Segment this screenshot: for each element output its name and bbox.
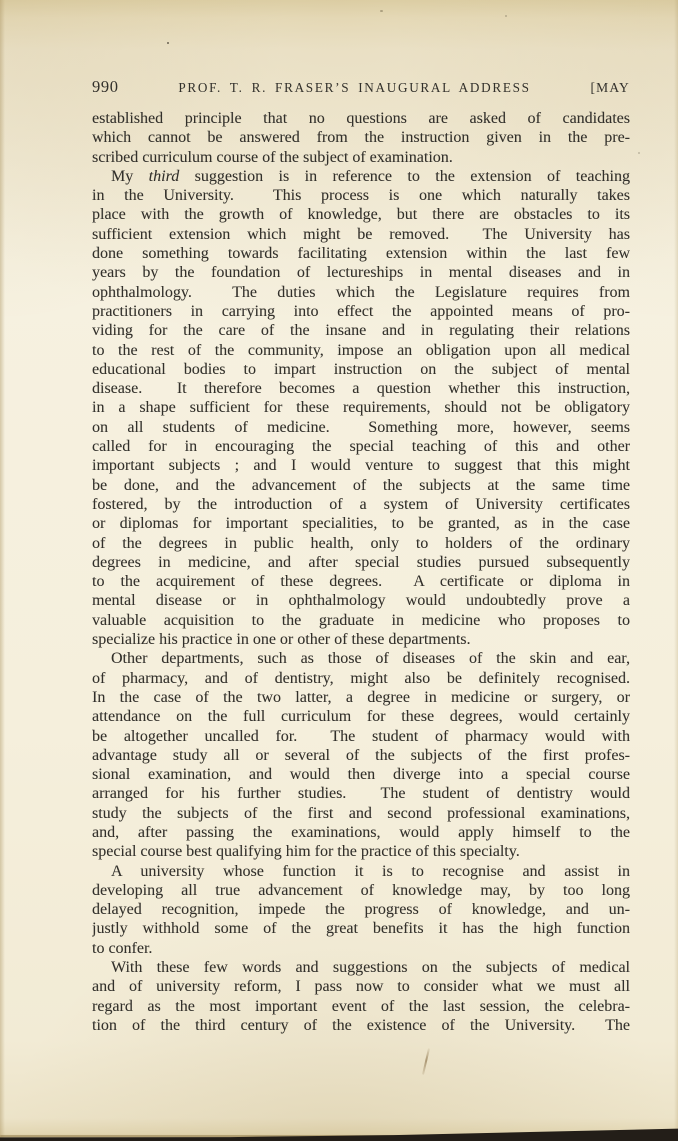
- text-line: specialize his practice in one or other …: [92, 630, 630, 649]
- text-line: done something towards facilitating exte…: [92, 244, 630, 263]
- paragraph: My third suggestion is in reference to t…: [92, 167, 630, 649]
- text-line: delayed recognition, impede the progress…: [92, 900, 630, 919]
- issue-marker: [MAY: [590, 80, 630, 96]
- text-line: advantage study all or several of the su…: [92, 746, 630, 765]
- text-line: valuable acquisition to the graduate in …: [92, 611, 630, 630]
- text-line: years by the foundation of lectureships …: [92, 263, 630, 282]
- text-line: and of university reform, I pass now to …: [92, 977, 630, 996]
- text-line: disease. It therefore becomes a question…: [92, 379, 630, 398]
- page-body: established principle that no questions …: [92, 109, 630, 1035]
- text-line: be done, and the advancement of the subj…: [92, 476, 630, 495]
- text-line: in the University. This process is one w…: [92, 186, 630, 205]
- scan-slash-artifact: [422, 1048, 430, 1075]
- text-line: A university whose function it is to rec…: [92, 862, 630, 881]
- scan-bottom-edge: [0, 1127, 678, 1141]
- paper-speck: [167, 42, 169, 44]
- text-line: sional examination, and would then diver…: [92, 765, 630, 784]
- page-number: 990: [92, 77, 119, 97]
- paper-speck: [380, 10, 383, 12]
- paragraph: established principle that no questions …: [92, 109, 630, 167]
- text-line: viding for the care of the insane and in…: [92, 321, 630, 340]
- text-line: and, after passing the examinations, wou…: [92, 823, 630, 842]
- scan-edge-shadow: [0, 1127, 678, 1141]
- text-line: scribed curriculum course of the subject…: [92, 148, 630, 167]
- text-line: of the degrees in public health, only to…: [92, 534, 630, 553]
- text-line: on all students of medicine. Something m…: [92, 418, 630, 437]
- text-line: sufficient extension which might be remo…: [92, 225, 630, 244]
- text-line: ophthalmology. The duties which the Legi…: [92, 283, 630, 302]
- text-line: or diplomas for important specialities, …: [92, 514, 630, 533]
- text-line: important subjects ; and I would venture…: [92, 456, 630, 475]
- text-line: place with the growth of knowledge, but …: [92, 205, 630, 224]
- text-line: which cannot be answered from the instru…: [92, 128, 630, 147]
- paper-speck: [505, 15, 507, 17]
- scanned-page: 990 PROF. T. R. FRASER’S INAUGURAL ADDRE…: [0, 0, 678, 1141]
- text-line: developing all true advancement of knowl…: [92, 881, 630, 900]
- text-line: My third suggestion is in reference to t…: [92, 167, 630, 186]
- text-line: special course best qualifying him for t…: [92, 842, 630, 861]
- text-line: in a shape sufficient for these requirem…: [92, 398, 630, 417]
- text-line: With these few words and suggestions on …: [92, 958, 630, 977]
- text-line: to the acquirement of these degrees. A c…: [92, 572, 630, 591]
- text-line: degrees in medicine, and after special s…: [92, 553, 630, 572]
- text-line: justly withhold some of the great benefi…: [92, 919, 630, 938]
- text-line: called for in encouraging the special te…: [92, 437, 630, 456]
- paper-speck: [638, 152, 640, 154]
- paper-speck: [120, 700, 122, 702]
- page-header: 990 PROF. T. R. FRASER’S INAUGURAL ADDRE…: [92, 77, 630, 97]
- text-line: study the subjects of the first and seco…: [92, 804, 630, 823]
- running-title: PROF. T. R. FRASER’S INAUGURAL ADDRESS: [119, 80, 591, 96]
- paragraph: A university whose function it is to rec…: [92, 862, 630, 958]
- text-line: established principle that no questions …: [92, 109, 630, 128]
- text-line: fostered, by the introduction of a syste…: [92, 495, 630, 514]
- text-line: to the rest of the community, impose an …: [92, 341, 630, 360]
- text-line: educational bodies to impart instruction…: [92, 360, 630, 379]
- scan-left-edge: [0, 0, 5, 1141]
- text-line: of pharmacy, and of dentistry, might als…: [92, 669, 630, 688]
- text-line: practitioners in carrying into effect th…: [92, 302, 630, 321]
- text-line: be altogether uncalled for. The student …: [92, 727, 630, 746]
- paragraph: Other departments, such as those of dise…: [92, 649, 630, 861]
- text-line: Other departments, such as those of dise…: [92, 649, 630, 668]
- text-line: attendance on the full curriculum for th…: [92, 707, 630, 726]
- text-line: arranged for his further studies. The st…: [92, 784, 630, 803]
- text-line: mental disease or in ophthalmology would…: [92, 591, 630, 610]
- paragraph: With these few words and suggestions on …: [92, 958, 630, 1035]
- scan-right-edge: [674, 0, 678, 1141]
- text-line: regard as the most important event of th…: [92, 997, 630, 1016]
- text-line: In the case of the two latter, a degree …: [92, 688, 630, 707]
- text-line: to confer.: [92, 939, 630, 958]
- text-line: tion of the third century of the existen…: [92, 1016, 630, 1035]
